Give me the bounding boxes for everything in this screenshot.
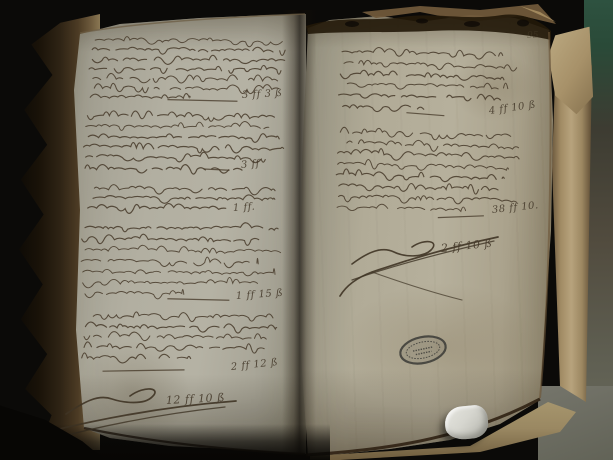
handwriting-line xyxy=(82,234,259,246)
handwriting-paragraph xyxy=(338,46,517,117)
handwriting-paragraph xyxy=(81,221,281,300)
handwriting-layer xyxy=(81,36,520,372)
handwriting-line xyxy=(340,70,504,83)
handwriting-line xyxy=(336,169,504,184)
handwriting-line xyxy=(88,203,226,214)
handwriting-line xyxy=(86,120,269,132)
handwriting-paragraph xyxy=(89,36,285,101)
handwriting-line xyxy=(85,289,184,299)
handwriting-line xyxy=(83,276,258,289)
handwriting-line xyxy=(94,83,278,94)
handwriting-line xyxy=(344,60,517,72)
sum-rule-line xyxy=(438,215,484,219)
handwriting-line xyxy=(342,47,503,60)
left-page-top-deckle xyxy=(80,14,305,33)
handwriting-line xyxy=(337,203,466,213)
handwriting-line xyxy=(89,64,281,75)
signature-right xyxy=(340,237,498,300)
sum-rule-line xyxy=(167,100,237,102)
right-page-right-deckle xyxy=(540,32,551,398)
handwriting-line xyxy=(83,142,283,153)
manuscript-photo: 95 3 ff 3 ß3 ff1 ff.1 ff 15 ß2 ff 12 ß12… xyxy=(0,0,613,460)
handwriting-line xyxy=(90,93,190,99)
handwriting-line xyxy=(83,267,275,276)
handwriting-paragraph xyxy=(88,184,275,214)
handwriting-line xyxy=(93,312,273,323)
manuscript-ink-overlay xyxy=(0,0,613,460)
handwriting-line xyxy=(87,111,280,122)
handwriting-line xyxy=(338,159,509,173)
handwriting-line xyxy=(82,353,191,364)
handwriting-line xyxy=(343,104,424,113)
sum-rule-line xyxy=(204,169,230,170)
handwriting-line xyxy=(85,221,278,233)
handwriting-line xyxy=(340,127,511,142)
handwriting-line xyxy=(92,54,284,65)
handwriting-line xyxy=(88,132,279,142)
handwriting-line xyxy=(94,184,275,195)
handwriting-line xyxy=(347,138,519,153)
handwriting-line xyxy=(339,91,501,102)
handwriting-line xyxy=(95,36,282,47)
handwriting-paragraph xyxy=(82,311,277,372)
sum-rule-line xyxy=(167,299,229,301)
handwriting-line xyxy=(338,194,516,207)
sum-rule-line xyxy=(103,369,185,372)
handwriting-line xyxy=(93,194,275,205)
handwriting-line xyxy=(347,79,508,92)
handwriting-paragraph xyxy=(83,111,284,175)
handwriting-line xyxy=(92,46,285,56)
handwriting-line xyxy=(81,256,258,268)
top-edge-dark-band xyxy=(306,14,551,40)
handwriting-line xyxy=(84,342,264,353)
handwriting-line xyxy=(85,245,281,254)
handwriting-line xyxy=(339,181,502,195)
handwriting-line xyxy=(93,73,278,84)
handwriting-paragraph xyxy=(335,127,520,220)
right-page-bottom-deckle xyxy=(306,399,540,455)
handwriting-line xyxy=(337,148,519,164)
shadow-bottom xyxy=(0,424,330,460)
sum-rule-line xyxy=(406,113,444,116)
library-ink-stamp xyxy=(398,333,448,368)
